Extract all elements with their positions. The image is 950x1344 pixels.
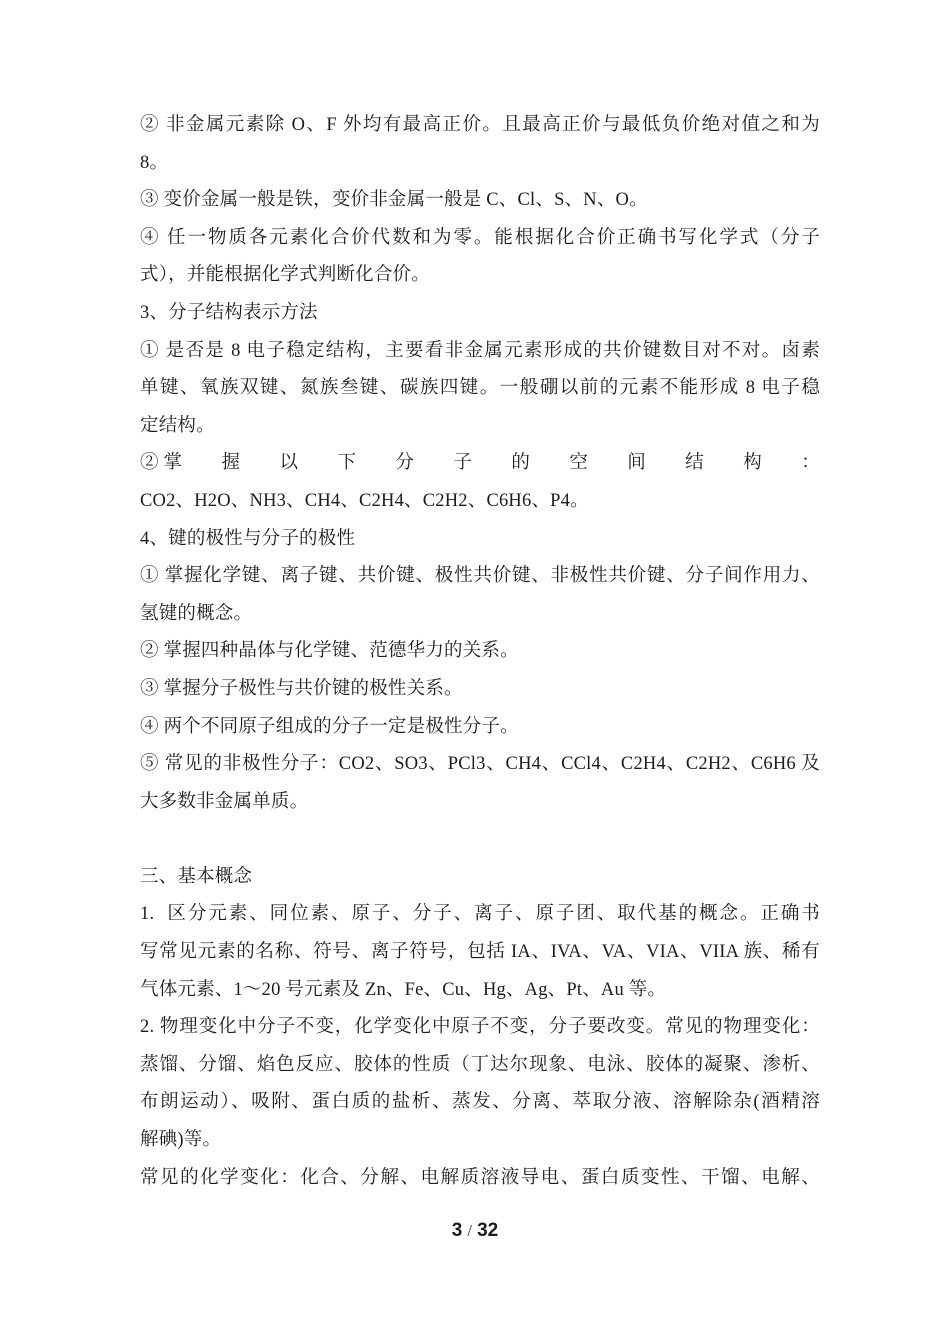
text-line: 定结构。 (140, 408, 820, 446)
text-line: ① 掌握化学键、离子键、共价键、极性共价键、非极性共价键、分子间作用力、 (140, 558, 820, 596)
text-line: 布朗运动）、吸附、蛋白质的盐析、蒸发、分离、萃取分液、溶解除杂(酒精溶 (140, 1084, 820, 1122)
text-line: 常见的化学变化：化合、分解、电解质溶液导电、蛋白质变性、干馏、电解、 (140, 1160, 820, 1198)
text-line: ③ 掌握分子极性与共价键的极性关系。 (140, 671, 820, 709)
text-line: 8。 (140, 145, 820, 183)
text-line: 解碘)等。 (140, 1122, 820, 1160)
text-line: CO2、H2O、NH3、CH4、C2H4、C2H2、C6H6、P4。 (140, 483, 820, 521)
blank-line (140, 821, 820, 859)
text-line: 单键、氧族双键、氮族叁键、碳族四键。一般硼以前的元素不能形成 8 电子稳 (140, 370, 820, 408)
text-line: 氢键的概念。 (140, 596, 820, 634)
document-page: ② 非金属元素除 O、F 外均有最高正价。且最高正价与最低负价绝对值之和为 8。… (0, 0, 950, 1344)
text-line: ④ 任一物质各元素化合价代数和为零。能根据化合价正确书写化学式（分子 (140, 220, 820, 258)
text-line: ② 掌握四种晶体与化学键、范德华力的关系。 (140, 633, 820, 671)
section-heading-basic-concepts: 三、基本概念 (140, 859, 820, 897)
text-line-spread: ② 掌握以下分子的空间结构： (140, 445, 820, 483)
text-line: 气体元素、1～20 号元素及 Zn、Fe、Cu、Hg、Ag、Pt、Au 等。 (140, 972, 820, 1010)
text-line: ⑤ 常见的非极性分子：CO2、SO3、PCl3、CH4、CCl4、C2H4、C2… (140, 746, 820, 784)
text-line: 1. 区分元素、同位素、原子、分子、离子、原子团、取代基的概念。正确书 (140, 896, 820, 934)
text-line: 写常见元素的名称、符号、离子符号，包括 IA、IVA、VA、VIA、VIIA 族… (140, 934, 820, 972)
section-heading-bond-polarity: 4、键的极性与分子的极性 (140, 521, 820, 559)
page-number: 3/32 (0, 1212, 950, 1250)
text-line: 式），并能根据化学式判断化合价。 (140, 257, 820, 295)
text-line: ④ 两个不同原子组成的分子一定是极性分子。 (140, 709, 820, 747)
total-page-count: 32 (477, 1220, 498, 1241)
text-line: ① 是否是 8 电子稳定结构，主要看非金属元素形成的共价键数目对不对。卤素 (140, 333, 820, 371)
text-line: ② 非金属元素除 O、F 外均有最高正价。且最高正价与最低负价绝对值之和为 (140, 107, 820, 145)
text-line: 2. 物理变化中分子不变，化学变化中原子不变，分子要改变。常见的物理变化： (140, 1009, 820, 1047)
section-heading-molecular-structure: 3、分子结构表示方法 (140, 295, 820, 333)
text-line: 蒸馏、分馏、焰色反应、胶体的性质（丁达尔现象、电泳、胶体的凝聚、渗析、 (140, 1047, 820, 1085)
text-line: 大多数非金属单质。 (140, 784, 820, 822)
text-line: ③ 变价金属一般是铁，变价非金属一般是 C、Cl、S、N、O。 (140, 182, 820, 220)
page-number-separator: / (462, 1221, 477, 1240)
current-page-number: 3 (452, 1220, 463, 1241)
document-text-block: ② 非金属元素除 O、F 外均有最高正价。且最高正价与最低负价绝对值之和为 8。… (140, 107, 820, 1197)
